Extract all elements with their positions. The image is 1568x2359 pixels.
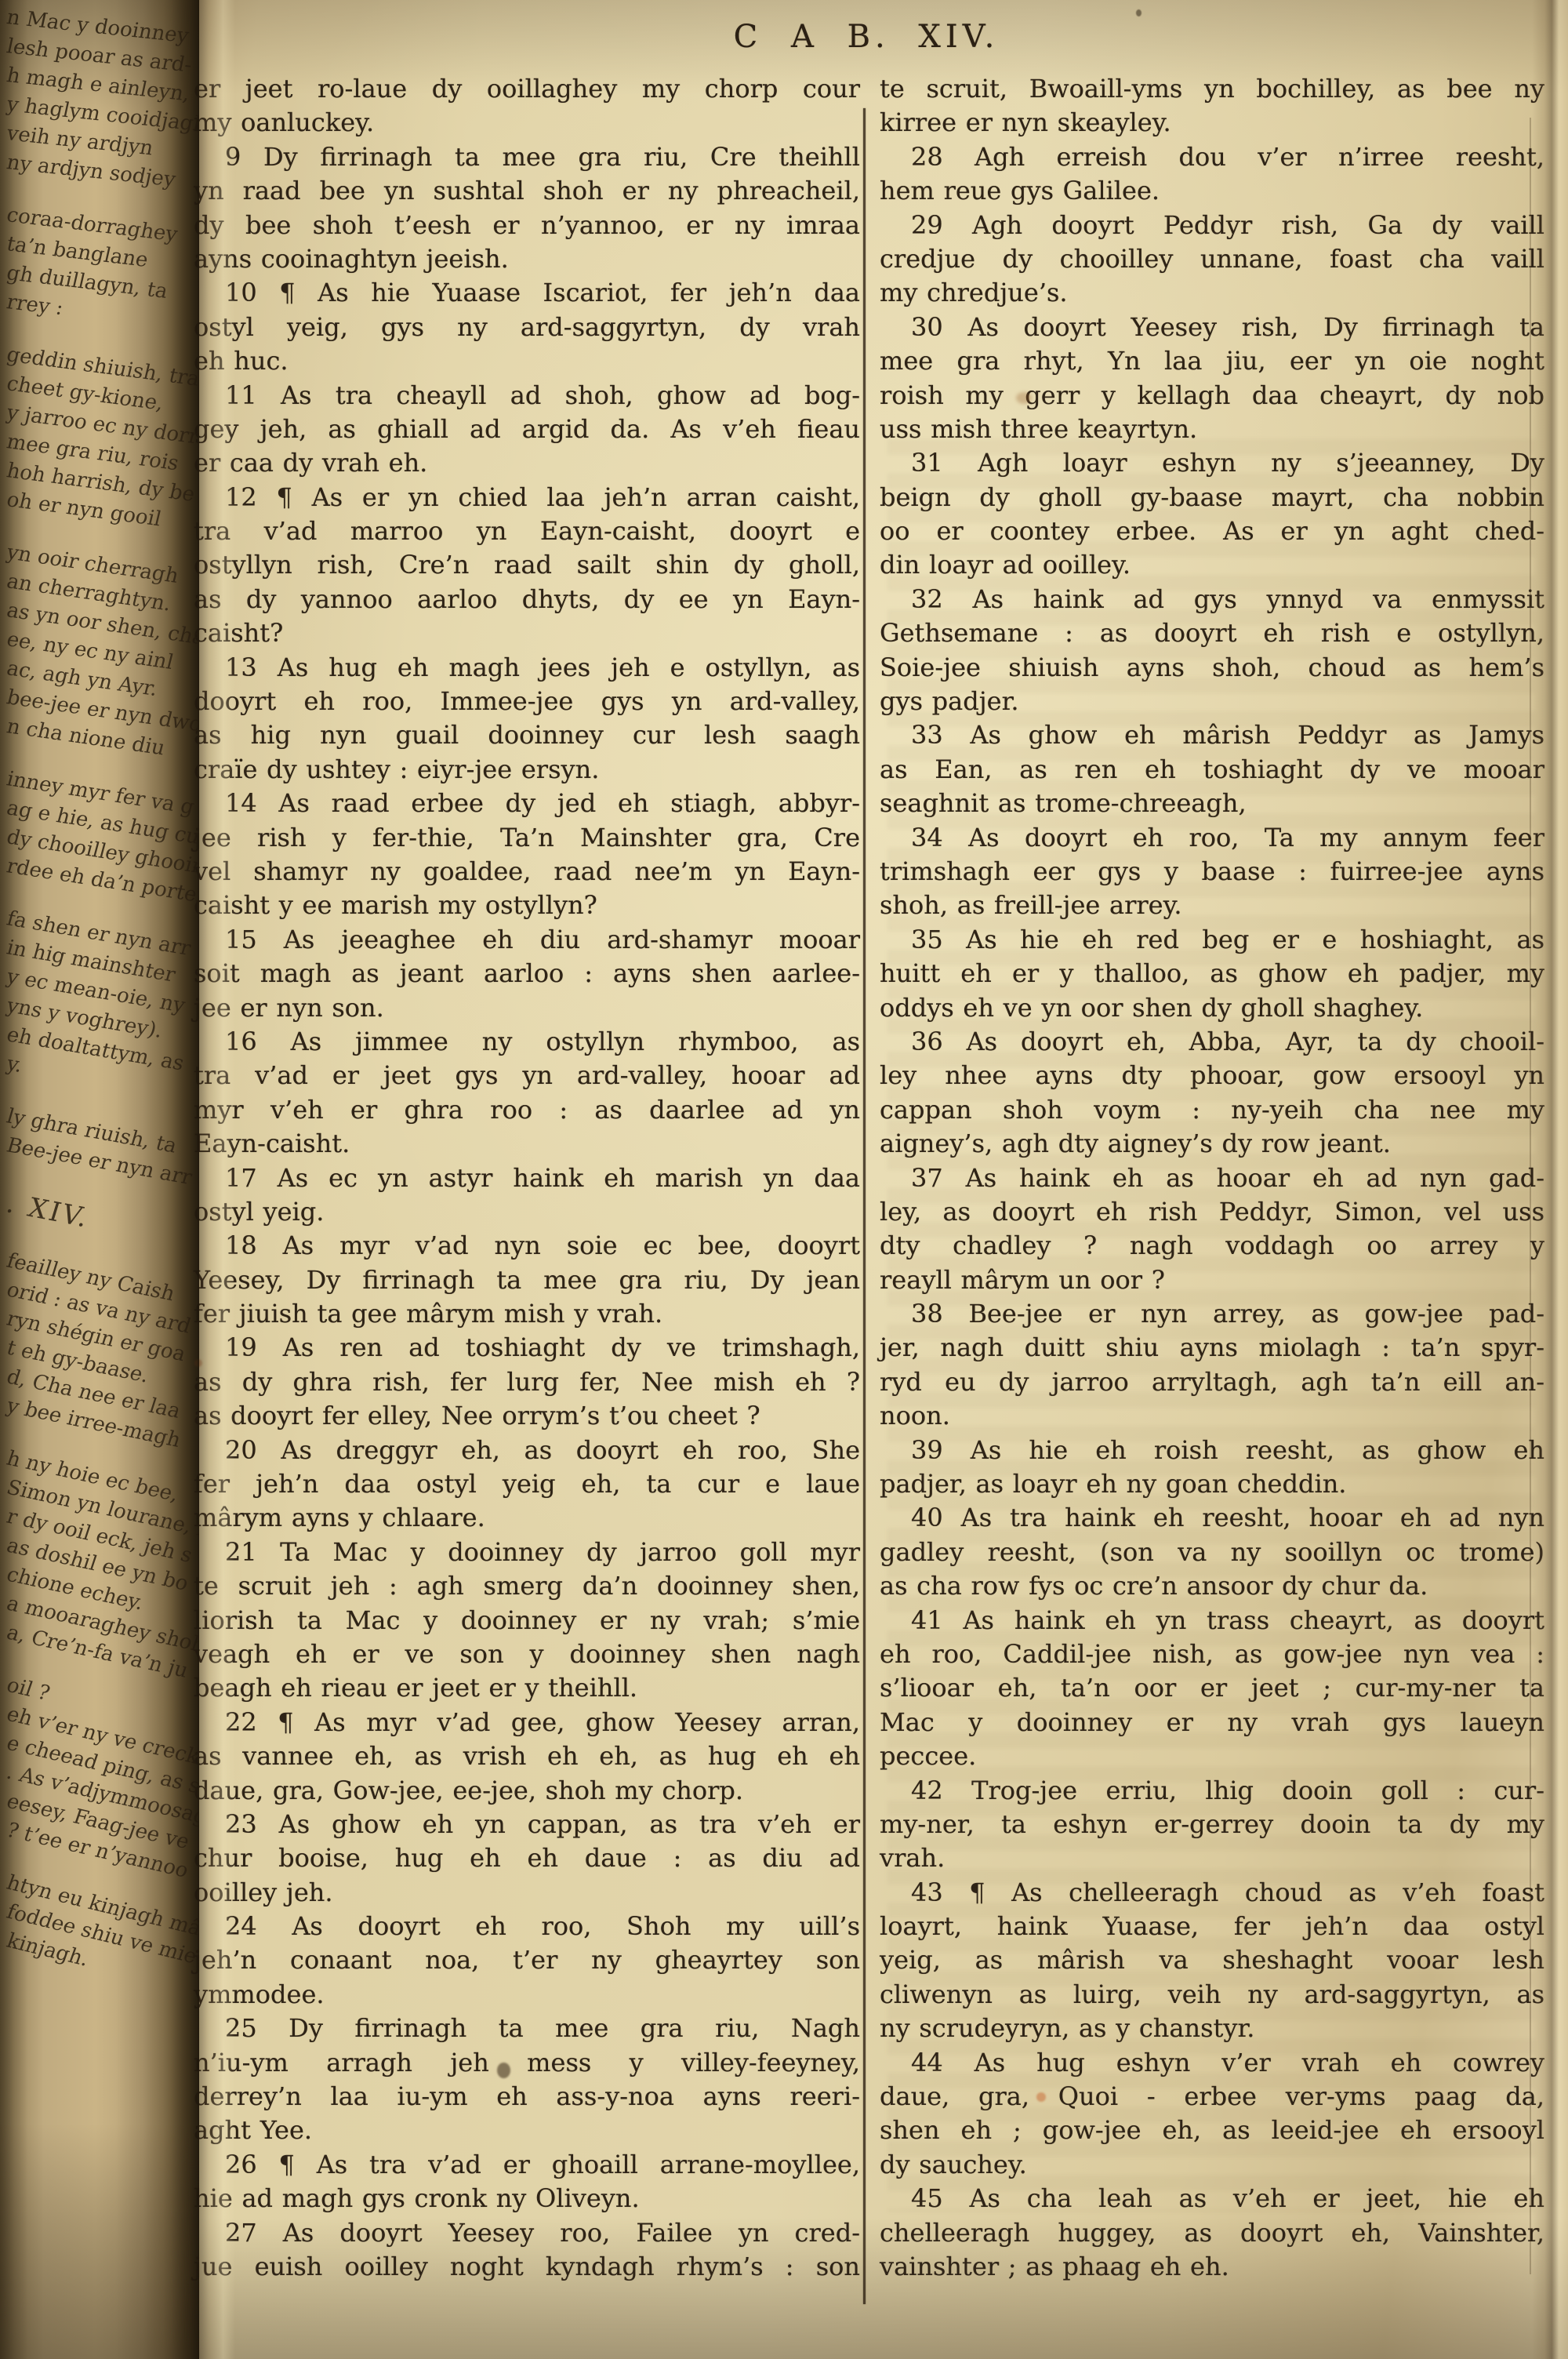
text-line: s’liooar eh, ta’n oor er jeet ; cur-my-n…	[880, 1671, 1544, 1705]
text-line: 43 ¶ As chelleeragh choud as v’eh foast	[880, 1876, 1544, 1910]
text-line: as dy ghra rish, fer lurg fer, Nee mish …	[194, 1365, 860, 1399]
verse-paragraph: 35 As hie eh red beg er e hoshiaght, ash…	[880, 923, 1544, 1025]
text-line: 23 As ghow eh yn cappan, as tra v’eh er	[194, 1808, 860, 1841]
text-line: n’iu-ym arragh jeh mess y villey-feeyney…	[194, 2046, 860, 2080]
text-line: ostyl yeig, gys ny ard-saggyrtyn, dy vra…	[194, 311, 860, 344]
text-line: 38 Bee-jee er nyn arrey, as gow-jee pad-	[880, 1297, 1544, 1331]
text-line: din loayr ad ooilley.	[880, 548, 1544, 582]
right-column: te scruit, Bwoaill-yms yn bochilley, as …	[880, 72, 1544, 2284]
text-line: huitt eh er y thalloo, as ghow eh padjer…	[880, 957, 1544, 990]
text-line: as cha row fys oc cre’n ansoor dy chur d…	[880, 1569, 1544, 1603]
verse-paragraph: 19 As ren ad toshiaght dy ve trimshagh,a…	[194, 1331, 860, 1433]
text-line: te scruit jeh : agh smerg da’n dooinney …	[194, 1569, 860, 1603]
verse-paragraph: 28 Agh erreish dou v’er n’irree reesht,h…	[880, 140, 1544, 209]
gutter-fragments: n Mac y dooinneylesh pooar as ard-h magh…	[6, 3, 199, 1979]
gutter-group: oil ?eh v’er ny ve crecke cheead ping, a…	[6, 1670, 199, 1845]
verse-paragraph: 26 ¶ As tra v’ad er ghoaill arrane-moyll…	[194, 2148, 860, 2216]
text-line: ny scrudeyryn, as y chanstyr.	[880, 2012, 1544, 2045]
text-line: 21 Ta Mac y dooinney dy jarroo goll myr	[194, 1536, 860, 1569]
text-line: ostyllyn rish, Cre’n raad sailt shin dy …	[194, 548, 860, 582]
text-line: soit magh as jeant aarloo : ayns shen aa…	[194, 957, 860, 990]
text-line: 35 As hie eh red beg er e hoshiaght, as	[880, 923, 1544, 957]
text-line: 41 As haink eh yn trass cheayrt, as dooy…	[880, 1604, 1544, 1637]
text-line: vainshter ; as phaag eh eh.	[880, 2250, 1544, 2284]
text-line: 37 As haink eh as hooar eh ad nyn gad-	[880, 1161, 1544, 1195]
text-line: te scruit, Bwoaill-yms yn bochilley, as …	[880, 72, 1544, 106]
text-line: loayrt, haink Yuaase, fer jeh’n daa osty…	[880, 1910, 1544, 1943]
text-line: 39 As hie eh roish reesht, as ghow eh	[880, 1434, 1544, 1467]
text-line: aigney’s, agh dty aigney’s dy row jeant.	[880, 1127, 1544, 1161]
text-line: eh roo, Caddil-jee nish, as gow-jee nyn …	[880, 1637, 1544, 1671]
verse-paragraph: 20 As dreggyr eh, as dooyrt eh roo, Shef…	[194, 1434, 860, 1536]
text-line: Eayn-caisht.	[194, 1127, 860, 1161]
text-line: kirree er nyn skeayley.	[880, 106, 1544, 140]
verse-paragraph: 41 As haink eh yn trass cheayrt, as dooy…	[880, 1604, 1544, 1774]
text-line: beign dy gholl gy-baase mayrt, cha nobbi…	[880, 481, 1544, 514]
verse-paragraph: 29 Agh dooyrt Peddyr rish, Ga dy vaillcr…	[880, 209, 1544, 311]
text-line: caisht?	[194, 616, 860, 650]
text-line: gey jeh, as ghiall ad argid da. As v’eh …	[194, 413, 860, 446]
verse-paragraph: 31 Agh loayr eshyn ny s’jeeanney, Dybeig…	[880, 446, 1544, 583]
gutter-group: fa shen er nyn arrin hig mainshtery ec m…	[6, 904, 199, 1078]
text-line: daue, gra, Gow-jee, ee-jee, shoh my chor…	[194, 1774, 860, 1808]
text-line: ostyl yeig.	[194, 1195, 860, 1229]
verse-paragraph: 32 As haink ad gys ynnyd va enmyssitGeth…	[880, 583, 1544, 719]
text-line: er jeet ro-laue dy ooillaghey my chorp c…	[194, 72, 860, 106]
text-line: cliwenyn as luirg, veih ny ard-saggyrtyn…	[880, 1978, 1544, 2012]
text-line: derrey’n laa iu-ym eh ass-y-noa ayns ree…	[194, 2080, 860, 2114]
text-line: padjer, as loayr eh ny goan cheddin.	[880, 1467, 1544, 1501]
text-line: Yeesey, Dy firrinagh ta mee gra riu, Dy …	[194, 1263, 860, 1297]
text-line: shen eh ; gow-jee eh, as leeid-jee eh er…	[880, 2114, 1544, 2147]
text-line: dy sauchey.	[880, 2148, 1544, 2182]
text-line: gys padjer.	[880, 685, 1544, 718]
text-line: 44 As hug eshyn v’er vrah eh cowrey	[880, 2046, 1544, 2080]
verse-paragraph: 15 As jeeaghee eh diu ard-shamyr mooarso…	[194, 923, 860, 1025]
stain	[1136, 9, 1142, 16]
verse-paragraph: 27 As dooyrt Yeesey roo, Failee yn cred-…	[194, 2216, 860, 2284]
verse-paragraph: 10 ¶ As hie Yuaase Iscariot, fer jeh’n d…	[194, 276, 860, 378]
text-line: as vannee eh, as vrish eh eh, as hug eh …	[194, 1739, 860, 1773]
text-line: 25 Dy firrinagh ta mee gra riu, Nagh	[194, 2012, 860, 2045]
text-line: mârym ayns y chlaare.	[194, 1501, 860, 1535]
text-line: peccee.	[880, 1739, 1544, 1773]
text-line: craïe dy ushtey : eiyr-jee ersyn.	[194, 753, 860, 787]
text-line: 45 As cha leah as v’eh er jeet, hie eh	[880, 2182, 1544, 2215]
text-line: as hig nyn guail dooinney cur lesh saagh	[194, 718, 860, 752]
text-line: vel shamyr ny goaldee, raad nee’m yn Eay…	[194, 855, 860, 889]
text-line: oddys eh ve yn oor shen dy gholl shaghey…	[880, 991, 1544, 1025]
text-line: 30 As dooyrt Yeesey rish, Dy firrinagh t…	[880, 311, 1544, 344]
text-line: 28 Agh erreish dou v’er n’irree reesht,	[880, 140, 1544, 174]
text-line: ryd eu dy jarroo arryltagh, agh ta’n eil…	[880, 1365, 1544, 1399]
verse-paragraph: 33 As ghow eh mârish Peddyr as Jamysas E…	[880, 718, 1544, 820]
text-line: my chredjue’s.	[880, 276, 1544, 310]
text-line: 11 As tra cheayll ad shoh, ghow ad bog-	[194, 379, 860, 413]
verse-paragraph: 25 Dy firrinagh ta mee gra riu, Naghn’iu…	[194, 2012, 860, 2148]
book-page-photo: n Mac y dooinneylesh pooar as ard-h magh…	[0, 0, 1568, 2359]
text-line: yeig, as mârish va sheshaght vooar lesh	[880, 1943, 1544, 1977]
text-line: vrah.	[880, 1841, 1544, 1875]
gutter-group: geddin shiuish, tracheet gy-kione,y jarr…	[6, 340, 199, 514]
verse-paragraph: 40 As tra haink eh reesht, hooar eh ad n…	[880, 1501, 1544, 1603]
text-line: jeh’n conaant noa, t’er ny gheayrtey son	[194, 1943, 860, 1977]
text-line: yn raad bee yn sushtal shoh er ny phreac…	[194, 174, 860, 208]
text-line: veagh eh er ve son y dooinney shen nagh	[194, 1637, 860, 1671]
text-line: credjue dy chooilley unnane, foast cha v…	[880, 242, 1544, 276]
verse-paragraph: 34 As dooyrt eh roo, Ta my annym feertri…	[880, 821, 1544, 923]
chapter-header: C A B. XIV.	[188, 19, 1544, 55]
verse-paragraph: 24 As dooyrt eh roo, Shoh my uill’sjeh’n…	[194, 1910, 860, 2012]
text-line: 14 As raad erbee dy jed eh stiagh, abbyr…	[194, 787, 860, 820]
text-line: caisht y ee marish my ostyllyn?	[194, 889, 860, 922]
text-line: 22 ¶ As myr v’ad gee, ghow Yeesey arran,	[194, 1706, 860, 1739]
text-line: Soie-jee shiuish ayns shoh, choud as hem…	[880, 651, 1544, 685]
gutter-group: inney myr fer va gag e hie, as hug cudy …	[6, 765, 199, 881]
text-line: liorish ta Mac y dooinney er ny vrah; s’…	[194, 1604, 860, 1637]
text-line: ley, as dooyrt eh rish Peddyr, Simon, ve…	[880, 1195, 1544, 1229]
verse-paragraph: 42 Trog-jee erriu, lhig dooin goll : cur…	[880, 1774, 1544, 1876]
verse-paragraph: 44 As hug eshyn v’er vrah eh cowreydaue,…	[880, 2046, 1544, 2183]
verse-paragraph: 43 ¶ As chelleeragh choud as v’eh foastl…	[880, 1876, 1544, 2046]
gutter-group: feailley ny Caishorid : as va ny ardryn …	[6, 1246, 199, 1420]
verse-paragraph: 14 As raad erbee dy jed eh stiagh, abbyr…	[194, 787, 860, 923]
text-line: my-ner, ta eshyn er-gerrey dooin ta dy m…	[880, 1808, 1544, 1841]
text-line: noon.	[880, 1399, 1544, 1433]
text-line: dooyrt eh roo, Immee-jee gys yn ard-vall…	[194, 685, 860, 718]
text-line: as Ean, as ren eh toshiaght dy ve mooar	[880, 753, 1544, 787]
text-line: 19 As ren ad toshiaght dy ve trimshagh,	[194, 1331, 860, 1365]
text-line: 10 ¶ As hie Yuaase Iscariot, fer jeh’n d…	[194, 276, 860, 310]
text-line: eh huc.	[194, 344, 860, 378]
gutter-group: h ny hoie ec bee,Simon yn lourane, hr dy…	[6, 1444, 199, 1647]
text-line: oo er coontey erbee. As er yn aght ched-	[880, 514, 1544, 548]
text-line: uss mish three keayrtyn.	[880, 413, 1544, 446]
text-line: tra v’ad er jeet gys yn ard-valley, hooa…	[194, 1059, 860, 1092]
text-line: reayll mârym un oor ?	[880, 1263, 1544, 1297]
text-line: dy bee shoh t’eesh er n’yannoo, er ny im…	[194, 209, 860, 242]
text-line: 40 As tra haink eh reesht, hooar eh ad n…	[880, 1501, 1544, 1535]
text-line: 9 Dy firrinagh ta mee gra riu, Cre theih…	[194, 140, 860, 174]
text-line: trimshagh eer gys y baase : fuirree-jee …	[880, 855, 1544, 889]
verse-paragraph: 23 As ghow eh yn cappan, as tra v’eh erc…	[194, 1808, 860, 1910]
text-line: jee er nyn son.	[194, 991, 860, 1025]
verse-paragraph: 16 As jimmee ny ostyllyn rhymboo, astra …	[194, 1025, 860, 1161]
left-column: er jeet ro-laue dy ooillaghey my chorp c…	[194, 72, 860, 2284]
verse-paragraph: te scruit, Bwoaill-yms yn bochilley, as …	[880, 72, 1544, 140]
text-line: ayns cooinaghtyn jeeish.	[194, 242, 860, 276]
text-line: 17 As ec yn astyr haink eh marish yn daa	[194, 1161, 860, 1195]
text-line: gadley reesht, (son va ny sooillyn oc tr…	[880, 1536, 1544, 1569]
text-line: fer jeh’n daa ostyl yeig eh, ta cur e la…	[194, 1467, 860, 1501]
book-gutter: n Mac y dooinneylesh pooar as ard-h magh…	[0, 0, 199, 2359]
text-line: 26 ¶ As tra v’ad er ghoaill arrane-moyll…	[194, 2148, 860, 2182]
text-line: 12 ¶ As er yn chied laa jeh’n arran cais…	[194, 481, 860, 514]
text-line: jue euish ooilley noght kyndagh rhym’s :…	[194, 2250, 860, 2284]
text-line: 24 As dooyrt eh roo, Shoh my uill’s	[194, 1910, 860, 1943]
verse-paragraph: 36 As dooyrt eh, Abba, Ayr, ta dy chooil…	[880, 1025, 1544, 1161]
verse-paragraph: 30 As dooyrt Yeesey rish, Dy firrinagh t…	[880, 311, 1544, 447]
text-line: 16 As jimmee ny ostyllyn rhymboo, as	[194, 1025, 860, 1059]
text-line: 33 As ghow eh mârish Peddyr as Jamys	[880, 718, 1544, 752]
text-line: 42 Trog-jee erriu, lhig dooin goll : cur…	[880, 1774, 1544, 1808]
verse-paragraph: 39 As hie eh roish reesht, as ghow ehpad…	[880, 1434, 1544, 1502]
verse-paragraph: 37 As haink eh as hooar eh ad nyn gad-le…	[880, 1161, 1544, 1298]
verse-paragraph: 13 As hug eh magh jees jeh e ostyllyn, a…	[194, 651, 860, 787]
gutter-group: ly ghra riuish, taBee-jee er nyn arr	[6, 1102, 199, 1160]
text-line: 34 As dooyrt eh roo, Ta my annym feer	[880, 821, 1544, 855]
text-line: 20 As dreggyr eh, as dooyrt eh roo, She	[194, 1434, 860, 1467]
text-line: as dy yannoo aarloo dhyts, dy ee yn Eayn…	[194, 583, 860, 616]
verse-paragraph: 22 ¶ As myr v’ad gee, ghow Yeesey arran,…	[194, 1706, 860, 1808]
text-line: dty chadley ? nagh voddagh oo arrey y	[880, 1229, 1544, 1263]
text-line: aght Yee.	[194, 2114, 860, 2147]
text-line: tra v’ad marroo yn Eayn-caisht, dooyrt e	[194, 514, 860, 548]
text-line: fer jiuish ta gee mârym mish y vrah.	[194, 1297, 860, 1331]
verse-paragraph: 21 Ta Mac y dooinney dy jarroo goll myrt…	[194, 1536, 860, 1706]
text-line: 31 Agh loayr eshyn ny s’jeeanney, Dy	[880, 446, 1544, 480]
verse-paragraph: 9 Dy firrinagh ta mee gra riu, Cre theih…	[194, 140, 860, 277]
text-line: chur booise, hug eh eh daue : as diu ad	[194, 1841, 860, 1875]
verse-paragraph: 38 Bee-jee er nyn arrey, as gow-jee pad-…	[880, 1297, 1544, 1434]
text-line: er caa dy vrah eh.	[194, 446, 860, 480]
column-rule	[863, 108, 866, 2304]
text-line: ley nhee ayns dty phooar, gow ersooyl yn	[880, 1059, 1544, 1092]
gutter-group: n Mac y dooinneylesh pooar as ard-h magh…	[6, 3, 199, 177]
gutter-group: yn ooir cherraghan cherraghtyn.as yn oor…	[6, 538, 199, 741]
text-line: jer, nagh duitt shiu ayns miolagh : ta’n…	[880, 1331, 1544, 1365]
text-line: Mac y dooinney er ny vrah gys laueyn	[880, 1706, 1544, 1739]
text-line: seaghnit as trome-chreeagh,	[880, 787, 1544, 820]
text-line: hie ad magh gys cronk ny Oliveyn.	[194, 2182, 860, 2215]
text-line: chelleeragh huggey, as dooyrt eh, Vainsh…	[880, 2216, 1544, 2250]
text-line: Gethsemane : as dooyrt eh rish e ostylly…	[880, 616, 1544, 650]
text-line: 15 As jeeaghee eh diu ard-shamyr mooar	[194, 923, 860, 957]
text-line: 32 As haink ad gys ynnyd va enmyssit	[880, 583, 1544, 616]
text-line: daue, gra, Quoi - erbee ver-yms paag da,	[880, 2080, 1544, 2114]
verse-paragraph: 12 ¶ As er yn chied laa jeh’n arran cais…	[194, 481, 860, 651]
text-line: ymmodee.	[194, 1978, 860, 2012]
text-line: jee rish y fer-thie, Ta’n Mainshter gra,…	[194, 821, 860, 855]
text-line: cappan shoh voym : ny-yeih cha nee my	[880, 1093, 1544, 1127]
verse-paragraph: 11 As tra cheayll ad shoh, ghow ad bog-g…	[194, 379, 860, 481]
text-line: hem reue gys Galilee.	[880, 174, 1544, 208]
text-line: 13 As hug eh magh jees jeh e ostyllyn, a…	[194, 651, 860, 685]
text-line: 36 As dooyrt eh, Abba, Ayr, ta dy chooil…	[880, 1025, 1544, 1059]
text-line: roish my gerr y kellagh daa cheayrt, dy …	[880, 379, 1544, 413]
text-line: as dooyrt fer elley, Nee orrym’s t’ou ch…	[194, 1399, 860, 1433]
verse-paragraph: er jeet ro-laue dy ooillaghey my chorp c…	[194, 72, 860, 140]
verse-paragraph: 17 As ec yn astyr haink eh marish yn daa…	[194, 1161, 860, 1230]
gutter-group: coraa-dorragheyta’n banglanegh duillagyn…	[6, 201, 199, 317]
page-edge-line	[1530, 118, 1531, 2274]
verse-paragraph: 18 As myr v’ad nyn soie ec bee, dooyrtYe…	[194, 1229, 860, 1331]
text-line: 29 Agh dooyrt Peddyr rish, Ga dy vaill	[880, 209, 1544, 242]
text-line: shoh, as freill-jee arrey.	[880, 889, 1544, 922]
text-line: my oanluckey.	[194, 106, 860, 140]
text-line: myr v’eh er ghra roo : as daarlee ad yn	[194, 1093, 860, 1127]
text-line: 18 As myr v’ad nyn soie ec bee, dooyrt	[194, 1229, 860, 1263]
text-line: mee gra rhyt, Yn laa jiu, eer yn oie nog…	[880, 344, 1544, 378]
text-line: beagh eh rieau er jeet er y theihll.	[194, 1671, 860, 1705]
text-line: 27 As dooyrt Yeesey roo, Failee yn cred-	[194, 2216, 860, 2250]
verse-paragraph: 45 As cha leah as v’eh er jeet, hie ehch…	[880, 2182, 1544, 2284]
text-line: ooilley jeh.	[194, 1876, 860, 1910]
